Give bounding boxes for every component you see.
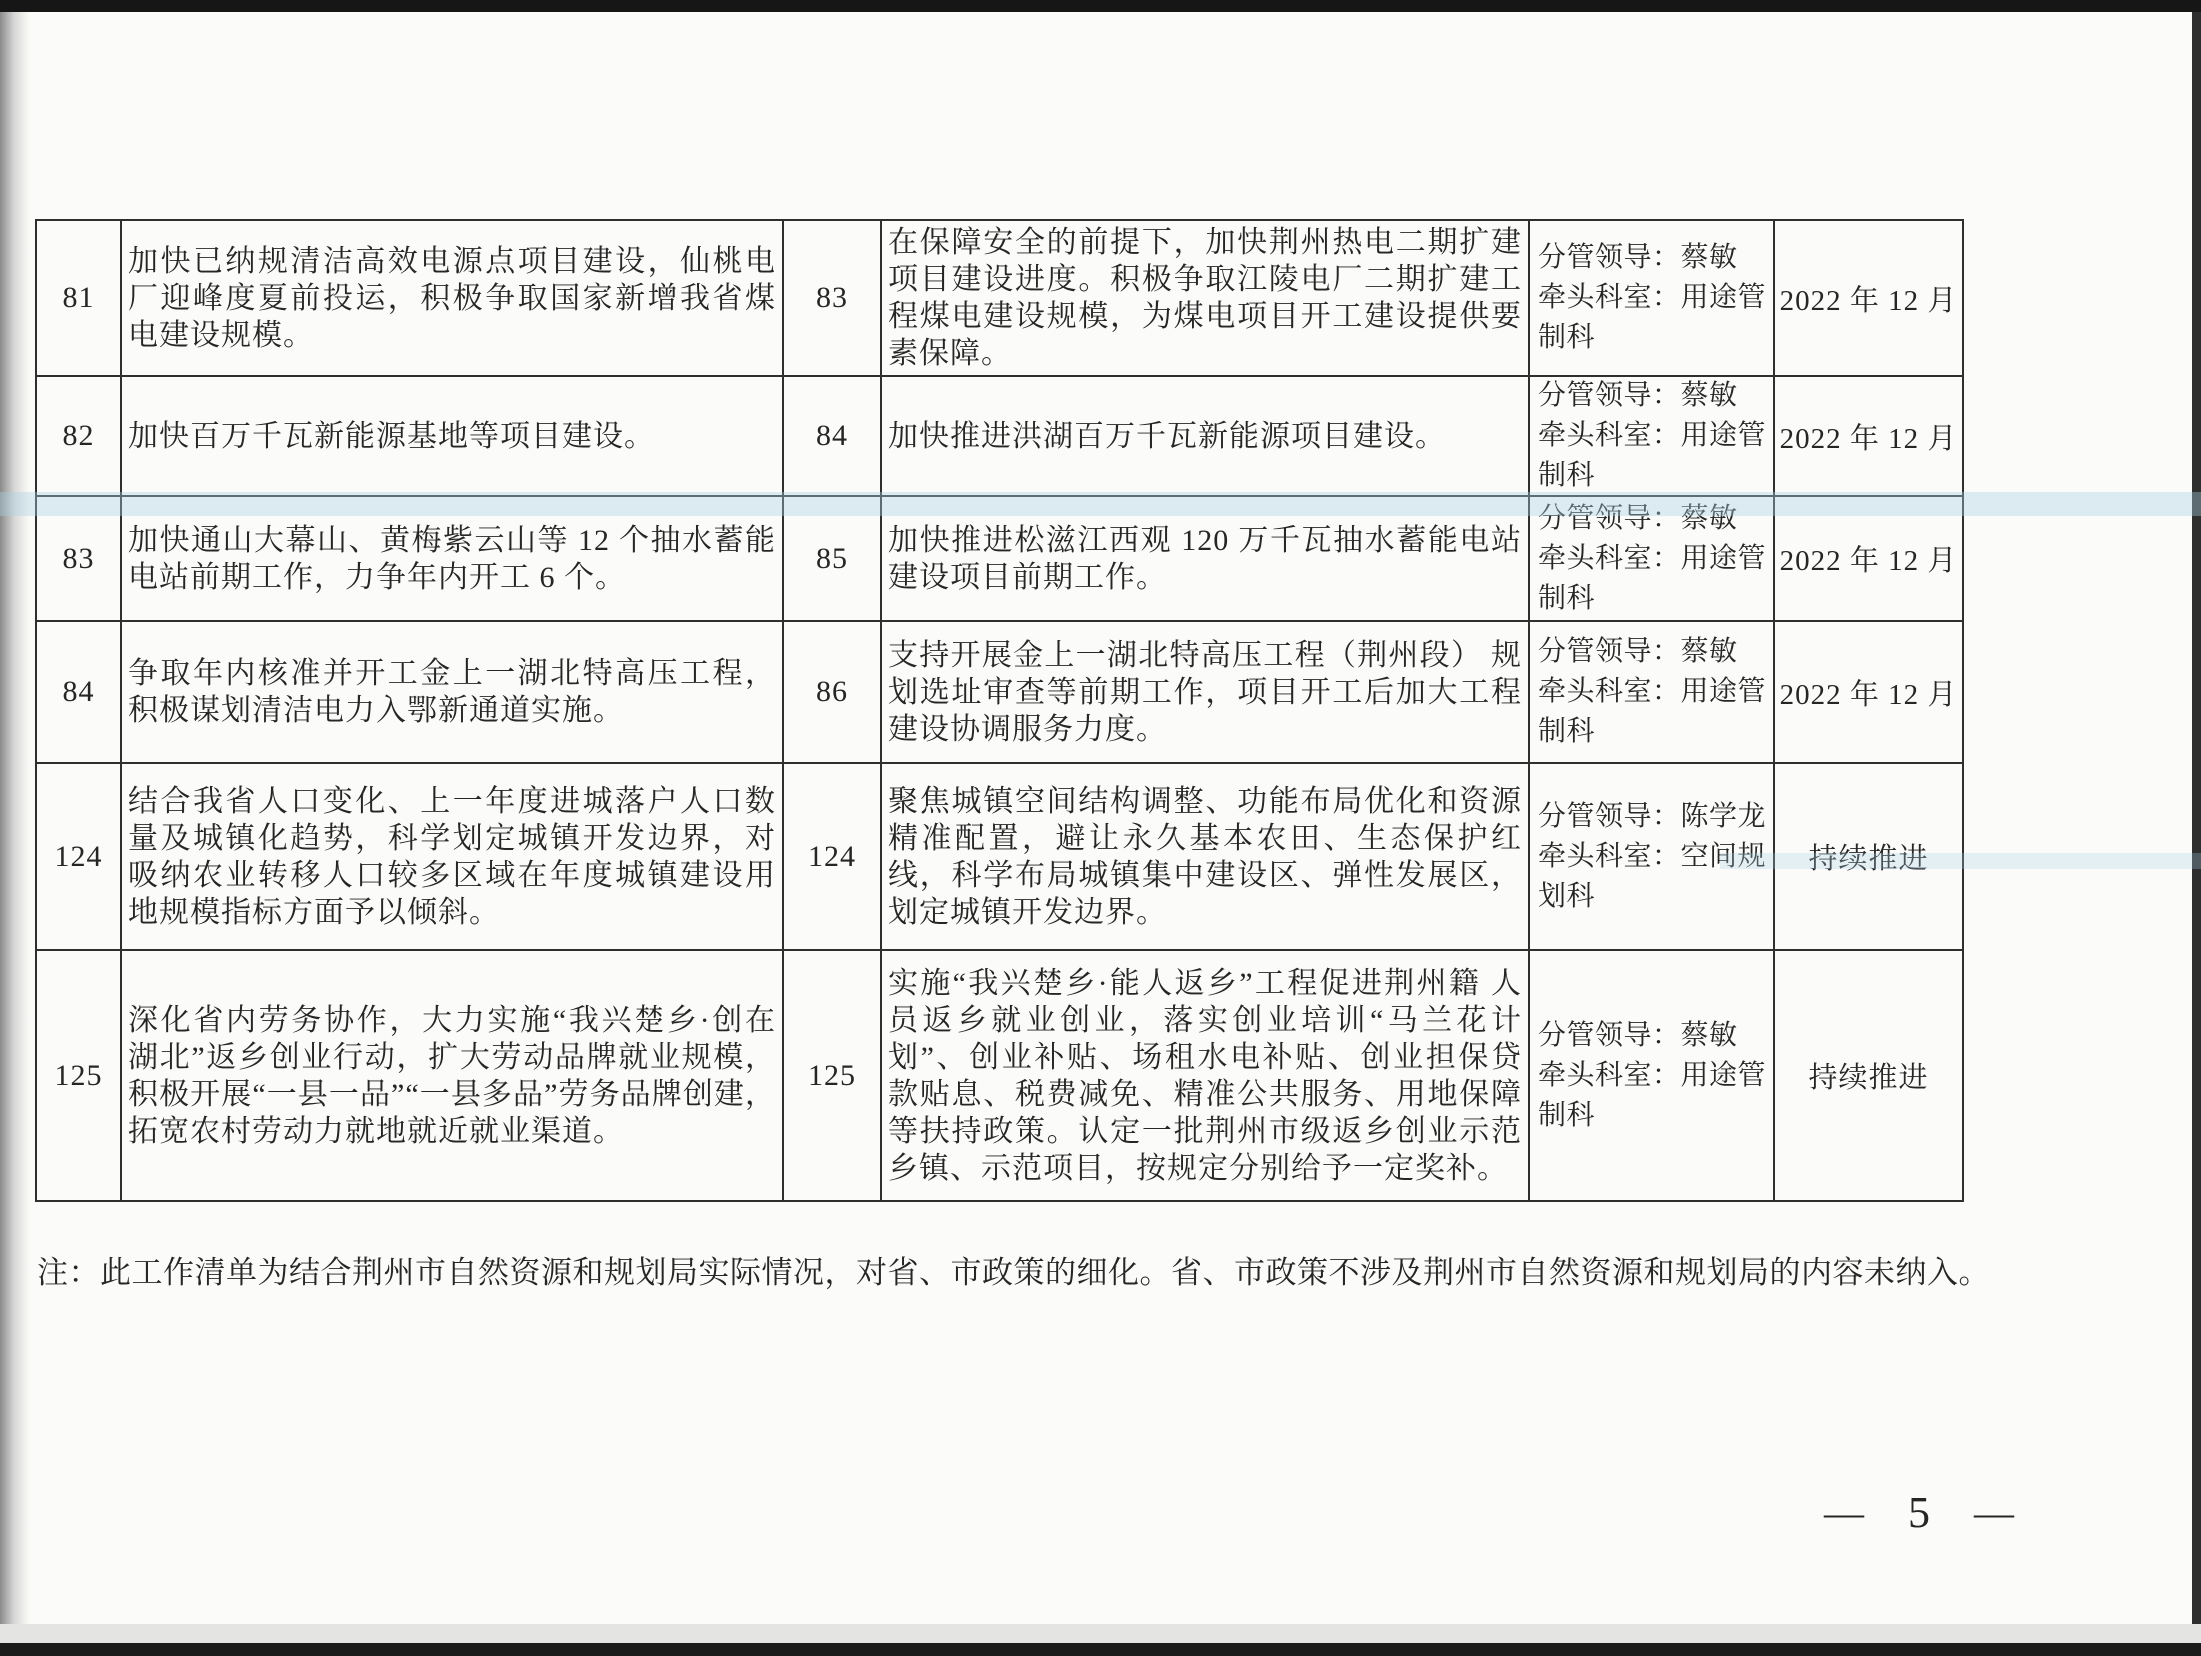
leader-line: 分管领导：蔡敏	[1538, 499, 1767, 539]
page-number-value: 5	[1908, 1487, 1930, 1538]
department-line: 牵头科室：用途管制科	[1538, 278, 1767, 358]
city-task-cell: 实施“我兴楚乡·能人返乡”工程促进荆州籍 人员返乡就业创业，落实创业培训“马兰花…	[882, 951, 1530, 1200]
city-task-cell: 支持开展金上一湖北特高压工程（荆州段） 规划选址审查等前期工作，项目开工后加大工…	[882, 622, 1530, 764]
city-no-cell: 83	[784, 221, 882, 377]
city-task-cell: 聚焦城镇空间结构调整、功能布局优化和资源精准配置，避让永久基本农田、生态保护红线…	[882, 764, 1530, 951]
scan-edge-left	[0, 12, 30, 1643]
provincial-task-cell: 争取年内核准并开工金上一湖北特高压工程，积极谋划清洁电力入鄂新通道实施。	[122, 622, 784, 764]
city-no-cell: 85	[784, 497, 882, 622]
scanned-document-page: 81 加快已纳规清洁高效电源点项目建设，仙桃电厂迎峰度夏前投运，积极争取国家新增…	[0, 0, 2201, 1656]
provincial-no-cell: 81	[37, 221, 122, 377]
leader-line: 分管领导：蔡敏	[1538, 377, 1767, 416]
footnote: 注：此工作清单为结合荆州市自然资源和规划局实际情况，对省、市政策的细化。省、市政…	[37, 1247, 1990, 1292]
city-no-cell: 124	[784, 764, 882, 951]
deadline-cell: 持续推进	[1775, 764, 1962, 951]
deadline-cell: 2022 年 12 月	[1775, 497, 1962, 622]
provincial-no-cell: 82	[37, 377, 122, 497]
city-task-cell: 加快推进洪湖百万千瓦新能源项目建设。	[882, 377, 1530, 497]
scan-edge-bottom	[0, 1643, 2201, 1656]
responsibility-cell: 分管领导：蔡敏 牵头科室：用途管制科	[1530, 377, 1775, 497]
scan-edge-right	[2192, 12, 2201, 1643]
deadline-cell: 2022 年 12 月	[1775, 221, 1962, 377]
page-number: — 5 —	[1824, 1486, 2014, 1538]
deadline-cell: 持续推进	[1775, 951, 1962, 1200]
provincial-task-cell: 加快百万千瓦新能源基地等项目建设。	[122, 377, 784, 497]
scan-edge-top	[0, 0, 2201, 12]
page-number-dash-right: —	[1974, 1489, 2014, 1536]
work-list-table: 81 加快已纳规清洁高效电源点项目建设，仙桃电厂迎峰度夏前投运，积极争取国家新增…	[35, 219, 1964, 1202]
department-line: 牵头科室：空间规划科	[1538, 837, 1767, 917]
deadline-cell: 2022 年 12 月	[1775, 622, 1962, 764]
city-no-cell: 86	[784, 622, 882, 764]
city-no-cell: 84	[784, 377, 882, 497]
city-no-cell: 125	[784, 951, 882, 1200]
department-line: 牵头科室：用途管制科	[1538, 539, 1767, 619]
deadline-cell: 2022 年 12 月	[1775, 377, 1962, 497]
department-line: 牵头科室：用途管制科	[1538, 416, 1767, 496]
department-line: 牵头科室：用途管制科	[1538, 1056, 1767, 1136]
provincial-no-cell: 125	[37, 951, 122, 1200]
responsibility-cell: 分管领导：陈学龙 牵头科室：空间规划科	[1530, 764, 1775, 951]
leader-line: 分管领导：蔡敏	[1538, 1016, 1767, 1056]
leader-line: 分管领导：蔡敏	[1538, 238, 1767, 278]
leader-line: 分管领导：蔡敏	[1538, 632, 1767, 672]
provincial-no-cell: 84	[37, 622, 122, 764]
responsibility-cell: 分管领导：蔡敏 牵头科室：用途管制科	[1530, 221, 1775, 377]
provincial-task-cell: 加快已纳规清洁高效电源点项目建设，仙桃电厂迎峰度夏前投运，积极争取国家新增我省煤…	[122, 221, 784, 377]
responsibility-cell: 分管领导：蔡敏 牵头科室：用途管制科	[1530, 951, 1775, 1200]
provincial-task-cell: 深化省内劳务协作，大力实施“我兴楚乡·创在 湖北”返乡创业行动，扩大劳动品牌就业…	[122, 951, 784, 1200]
responsibility-cell: 分管领导：蔡敏 牵头科室：用途管制科	[1530, 622, 1775, 764]
provincial-task-cell: 加快通山大幕山、黄梅紫云山等 12 个抽水蓄能电站前期工作，力争年内开工 6 个…	[122, 497, 784, 622]
responsibility-cell: 分管领导：蔡敏 牵头科室：用途管制科	[1530, 497, 1775, 622]
city-task-cell: 在保障安全的前提下，加快荆州热电二期扩建项目建设进度。积极争取江陵电厂二期扩建工…	[882, 221, 1530, 377]
provincial-no-cell: 83	[37, 497, 122, 622]
provincial-task-cell: 结合我省人口变化、上一年度进城落户人口数量及城镇化趋势，科学划定城镇开发边界，对…	[122, 764, 784, 951]
city-task-cell: 加快推进松滋江西观 120 万千瓦抽水蓄能电站建设项目前期工作。	[882, 497, 1530, 622]
page-number-dash-left: —	[1824, 1489, 1864, 1536]
department-line: 牵头科室：用途管制科	[1538, 672, 1767, 752]
provincial-no-cell: 124	[37, 764, 122, 951]
leader-line: 分管领导：陈学龙	[1538, 797, 1767, 837]
scan-edge-bottom-shadow	[0, 1624, 2201, 1643]
